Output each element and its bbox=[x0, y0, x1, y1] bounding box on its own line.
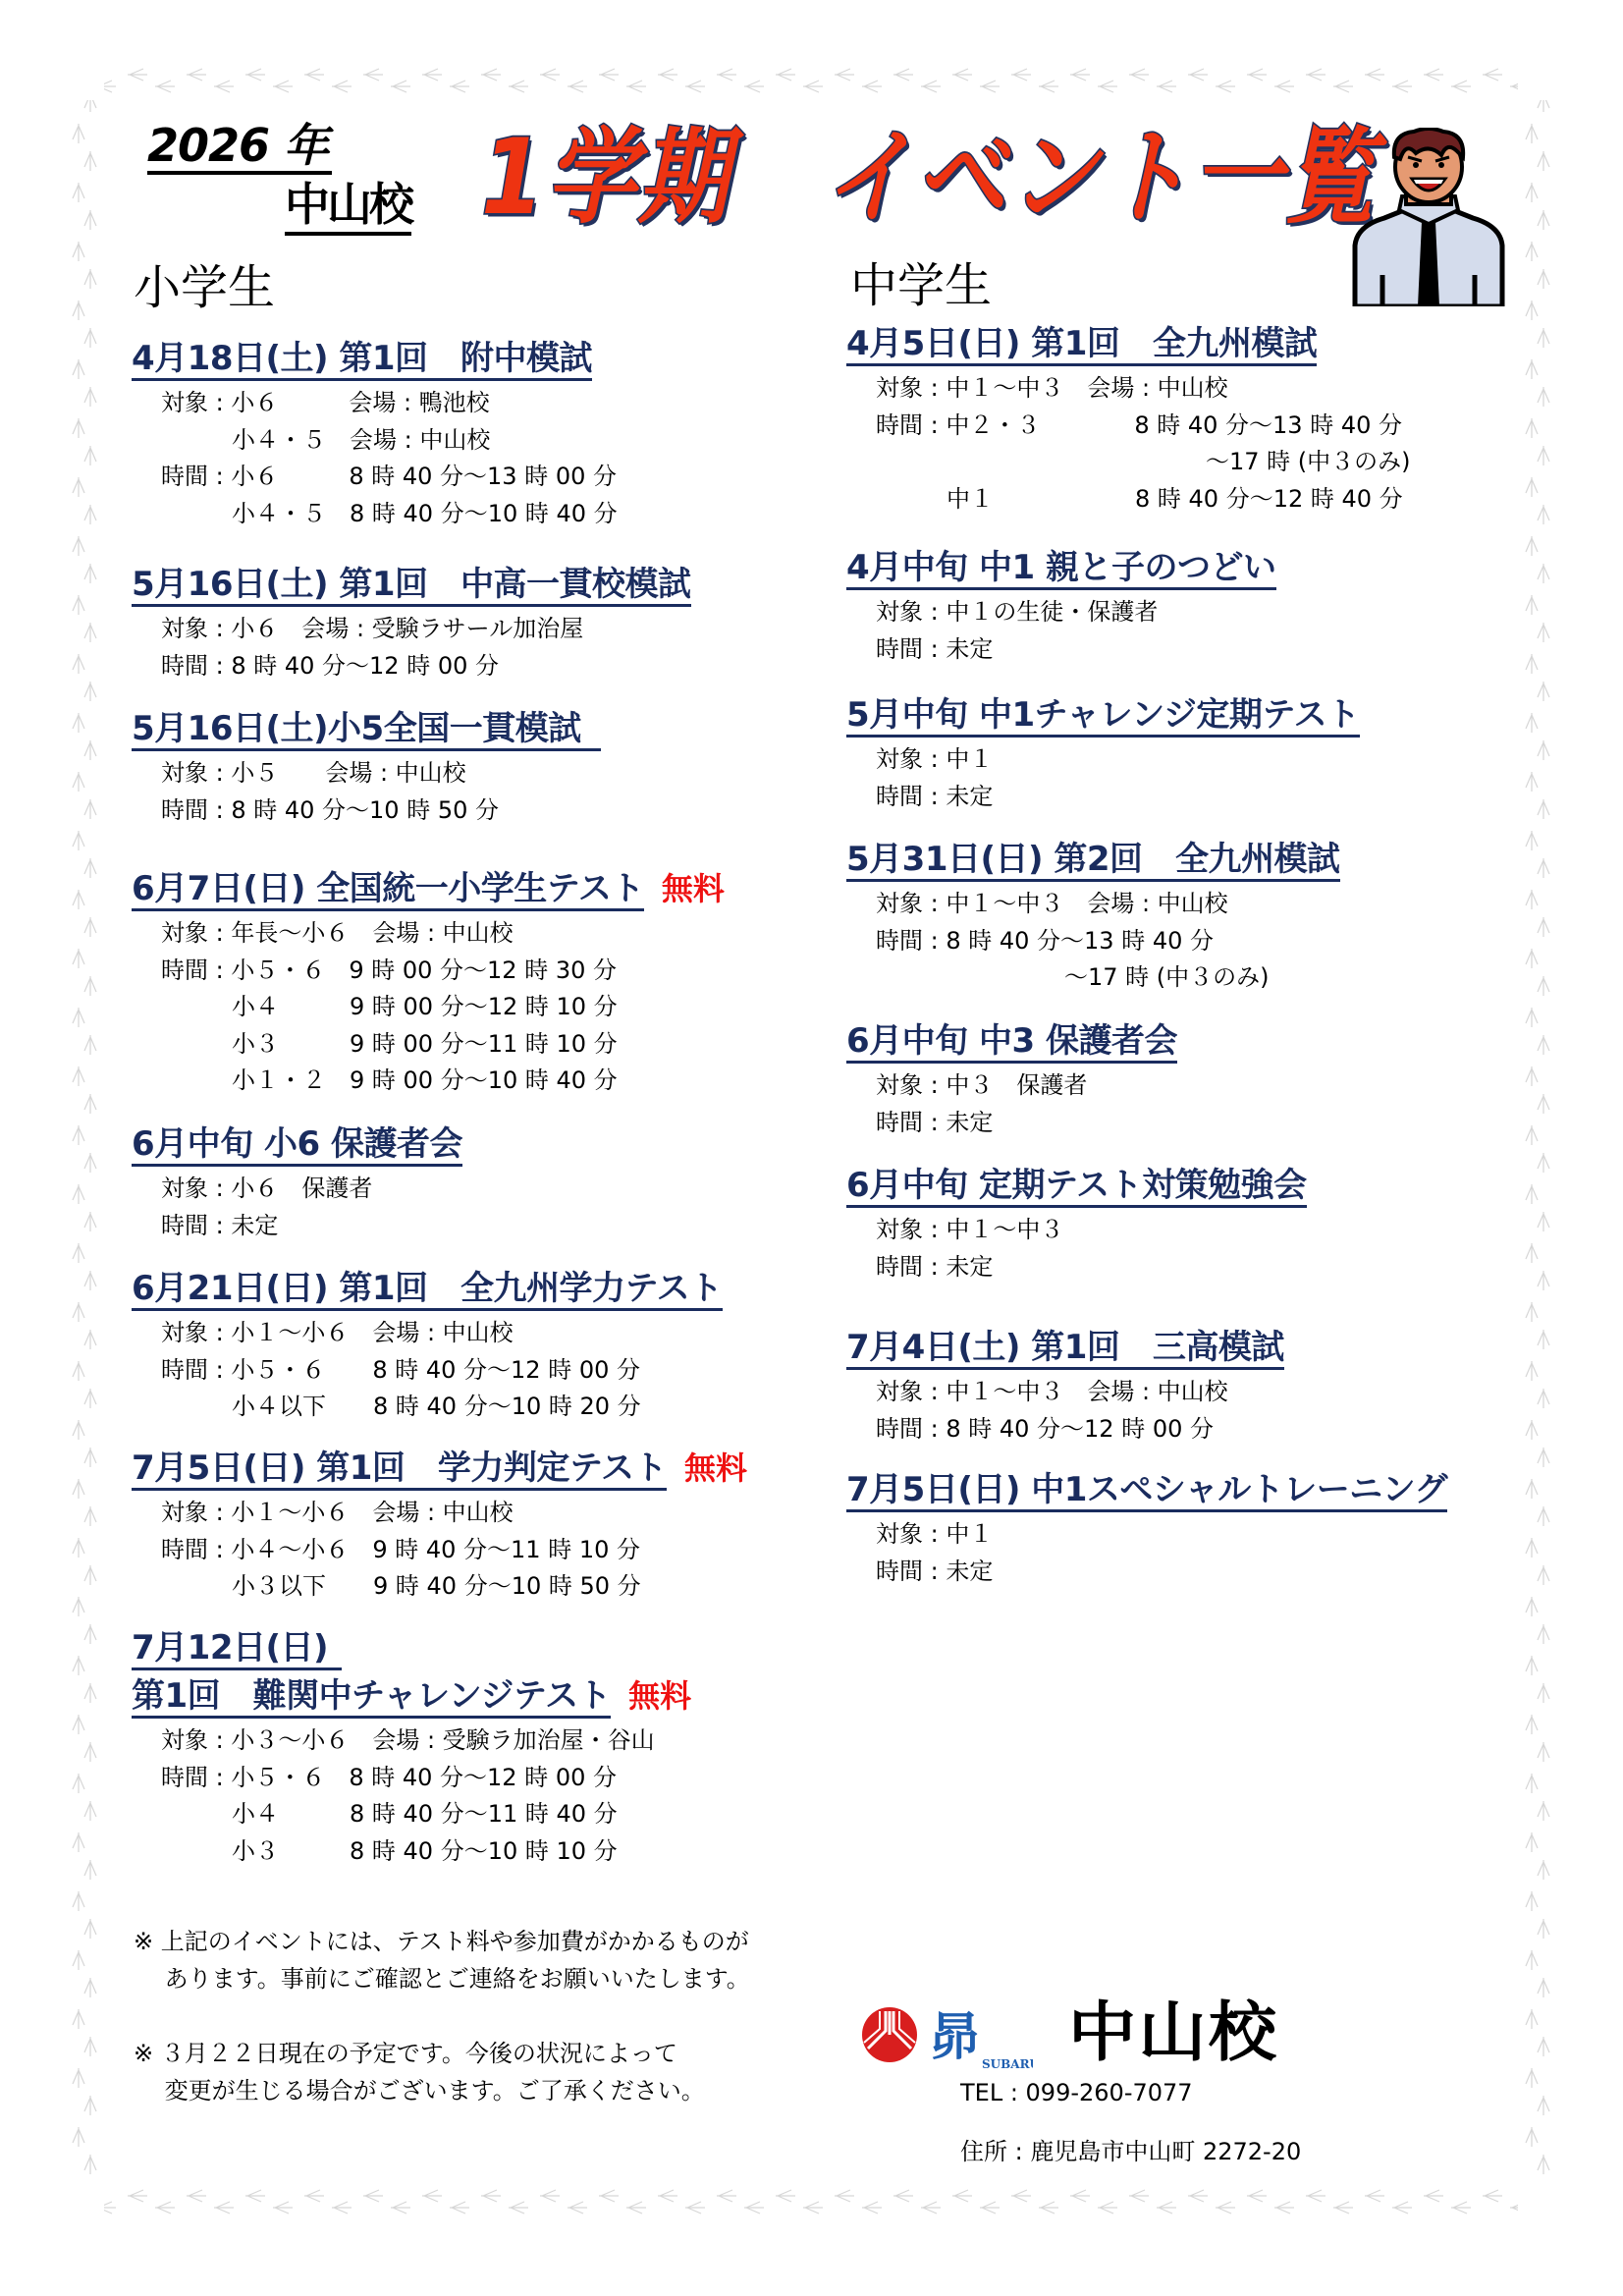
event-title: 4月5日(日) 第1回 全九州模試 bbox=[846, 324, 1317, 366]
footnote-line: 変更が生じる場合がございます。ご了承ください。 bbox=[134, 2072, 750, 2109]
event-line: 対象 : 中１ bbox=[876, 1516, 1447, 1554]
subaru-kanji: 昴 bbox=[929, 2007, 980, 2067]
svg-text:SUBARU: SUBARU bbox=[982, 2057, 1033, 2071]
event-line: 時間 : 8 時 40 分～13 時 40 分 bbox=[876, 923, 1340, 960]
event-line: 対象 : 中１～中３ bbox=[876, 1212, 1307, 1249]
footnote-line: ※ ３月２２日現在の予定です。今後の状況によって bbox=[134, 2035, 750, 2072]
red-circle-logo-icon bbox=[860, 2005, 919, 2064]
event-title: 7月4日(土) 第1回 三高模試 bbox=[846, 1328, 1284, 1370]
footnote-line: あります。事前にご確認とご連絡をお願いいたします。 bbox=[134, 1960, 750, 1997]
event-title: 5月16日(土) 第1回 中高一貫校模試 bbox=[132, 565, 691, 607]
event-line: 小３ 9 時 00 分～11 時 10 分 bbox=[161, 1026, 725, 1064]
footnotes: ※ 上記のイベントには、テスト料や参加費がかかるものが あります。事前にご確認と… bbox=[134, 1923, 750, 2147]
event-title: 5月16日(土)小5全国一貫模試 bbox=[132, 709, 601, 751]
event-mid-2: 4月中旬 中1 親と子のつどい 対象 : 中１の生徒・保護者 時間 : 未定 bbox=[846, 548, 1276, 668]
event-line: 時間 : 8 時 40 分～12 時 00 分 bbox=[161, 648, 691, 685]
event-line: 小４ 9 時 00 分～12 時 10 分 bbox=[161, 989, 725, 1026]
event-title: 6月7日(日) 全国統一小学生テスト bbox=[132, 869, 644, 911]
teacher-mascot-illustration bbox=[1345, 128, 1512, 306]
event-line: 時間 : 小６ 8 時 40 分～13 時 00 分 bbox=[161, 459, 618, 496]
event-line: 時間 : 未定 bbox=[876, 1554, 1447, 1591]
event-line: 時間 : 小５・６ 9 時 00 分～12 時 30 分 bbox=[161, 953, 725, 990]
footnote: ※ 上記のイベントには、テスト料や参加費がかかるものが あります。事前にご確認と… bbox=[134, 1923, 750, 1997]
event-flyer: 2026 年 中山校 1学期 イベント一覧 bbox=[0, 0, 1623, 2296]
header-school: 中山校 bbox=[285, 177, 411, 236]
event-line: 対象 : 小１～小６ 会場 : 中山校 bbox=[161, 1315, 723, 1352]
event-line: 対象 : 小５ 会場 : 中山校 bbox=[161, 755, 601, 793]
event-line: 小４・５ 8 時 40 分～10 時 40 分 bbox=[161, 496, 618, 533]
header-year-school: 2026 年 中山校 bbox=[147, 120, 442, 238]
event-line: 中１ 8 時 40 分～12 時 40 分 bbox=[876, 481, 1411, 519]
section-heading-junior-high: 中学生 bbox=[850, 258, 992, 313]
event-elem-1: 4月18日(土) 第1回 附中模試 対象 : 小６ 会場 : 鴨池校 小４・５ … bbox=[132, 339, 618, 532]
event-mid-8: 7月5日(日) 中1スペシャルトレーニング 対象 : 中１ 時間 : 未定 bbox=[846, 1470, 1447, 1590]
event-title: 4月中旬 中1 親と子のつどい bbox=[846, 548, 1276, 590]
event-title: 5月中旬 中1チャレンジ定期テスト bbox=[846, 695, 1360, 738]
event-elem-4: 6月7日(日) 全国統一小学生テスト無料 対象 : 年長～小６ 会場 : 中山校… bbox=[132, 869, 725, 1100]
section-heading-elementary: 小学生 bbox=[134, 260, 275, 315]
event-line: 時間 : 8 時 40 分～12 時 00 分 bbox=[876, 1411, 1284, 1449]
footnote-line: ※ 上記のイベントには、テスト料や参加費がかかるものが bbox=[134, 1923, 750, 1960]
event-line: 対象 : 中１～中３ 会場 : 中山校 bbox=[876, 1374, 1284, 1411]
event-line: 対象 : 中３ 保護者 bbox=[876, 1067, 1177, 1105]
event-line: 対象 : 中１ bbox=[876, 741, 1360, 779]
event-elem-2: 5月16日(土) 第1回 中高一貫校模試 対象 : 小６ 会場 : 受験ラサール… bbox=[132, 565, 691, 684]
event-line: 時間 : 小５・６ 8 時 40 分～12 時 00 分 bbox=[161, 1352, 723, 1390]
event-line: 対象 : 小６ 保護者 bbox=[161, 1171, 462, 1208]
footnote: ※ ３月２２日現在の予定です。今後の状況によって 変更が生じる場合がございます。… bbox=[134, 2035, 750, 2109]
event-title: 5月31日(日) 第2回 全九州模試 bbox=[846, 840, 1340, 882]
event-mid-3: 5月中旬 中1チャレンジ定期テスト 対象 : 中１ 時間 : 未定 bbox=[846, 695, 1360, 815]
logo-school-name: 中山校 bbox=[1068, 1994, 1278, 2072]
event-line: 時間 : 8 時 40 分～10 時 50 分 bbox=[161, 793, 601, 830]
event-line: 時間 : 小５・６ 8 時 40 分～12 時 00 分 bbox=[161, 1760, 691, 1797]
free-badge: 無料 bbox=[628, 1676, 691, 1716]
event-elem-8: 7月12日(日) 第1回 難関中チャレンジテスト無料 対象 : 小３～小６ 会場… bbox=[132, 1628, 691, 1870]
event-title: 6月中旬 定期テスト対策勉強会 bbox=[846, 1166, 1307, 1208]
event-line: 時間 : 未定 bbox=[876, 1105, 1177, 1142]
free-badge: 無料 bbox=[662, 869, 725, 908]
event-line: 時間 : 未定 bbox=[876, 779, 1360, 816]
address: 住所 : 鹿児島市中山町 2272-20 bbox=[960, 2137, 1301, 2166]
event-line: 小４ 8 時 40 分～11 時 40 分 bbox=[161, 1796, 691, 1833]
event-line: 小３ 8 時 40 分～10 時 10 分 bbox=[161, 1833, 691, 1871]
event-title: 6月中旬 小6 保護者会 bbox=[132, 1124, 462, 1167]
event-line: 時間 : 未定 bbox=[876, 1249, 1307, 1286]
event-mid-7: 7月4日(土) 第1回 三高模試 対象 : 中１～中３ 会場 : 中山校 時間 … bbox=[846, 1328, 1284, 1448]
event-elem-7: 7月5日(日) 第1回 学力判定テスト無料 対象 : 小１～小６ 会場 : 中山… bbox=[132, 1449, 747, 1606]
event-line: 時間 : 小４～小６ 9 時 40 分～11 時 10 分 bbox=[161, 1532, 747, 1569]
phone-number: TEL : 099-260-7077 bbox=[960, 2078, 1193, 2107]
event-elem-5: 6月中旬 小6 保護者会 対象 : 小６ 保護者 時間 : 未定 bbox=[132, 1124, 462, 1244]
event-line: 小１・２ 9 時 00 分～10 時 40 分 bbox=[161, 1063, 725, 1100]
event-subtitle: 第1回 難関中チャレンジテスト bbox=[132, 1676, 611, 1719]
event-line: 小３以下 9 時 40 分～10 時 50 分 bbox=[161, 1568, 747, 1606]
event-mid-4: 5月31日(日) 第2回 全九州模試 対象 : 中１～中３ 会場 : 中山校 時… bbox=[846, 840, 1340, 997]
event-line: ～17 時 (中３のみ) bbox=[876, 959, 1340, 997]
event-mid-1: 4月5日(日) 第1回 全九州模試 対象 : 中１～中３ 会場 : 中山校 時間… bbox=[846, 324, 1411, 518]
event-title: 4月18日(土) 第1回 附中模試 bbox=[132, 339, 592, 381]
event-line: 時間 : 未定 bbox=[876, 631, 1276, 669]
event-line: 対象 : 小６ 会場 : 鴨池校 bbox=[161, 385, 618, 422]
event-title: 7月5日(日) 第1回 学力判定テスト bbox=[132, 1449, 667, 1491]
page-title: 1学期 イベント一覧 bbox=[481, 116, 1377, 241]
event-elem-6: 6月21日(日) 第1回 全九州学力テスト 対象 : 小１～小６ 会場 : 中山… bbox=[132, 1269, 723, 1426]
subaru-brand-icon: 昴 SUBARU bbox=[925, 2003, 1033, 2072]
event-title: 7月12日(日) bbox=[132, 1628, 342, 1670]
event-line: 対象 : 中１～中３ 会場 : 中山校 bbox=[876, 370, 1411, 408]
event-title: 7月5日(日) 中1スペシャルトレーニング bbox=[846, 1470, 1447, 1512]
event-elem-3: 5月16日(土)小5全国一貫模試 対象 : 小５ 会場 : 中山校 時間 : 8… bbox=[132, 709, 601, 829]
event-line: 小４以下 8 時 40 分～10 時 20 分 bbox=[161, 1389, 723, 1426]
event-line: ～17 時 (中３のみ) bbox=[876, 444, 1411, 481]
header-year: 2026 年 bbox=[147, 120, 332, 175]
event-line: 時間 : 未定 bbox=[161, 1208, 462, 1245]
free-badge: 無料 bbox=[684, 1449, 747, 1488]
event-line: 対象 : 中１～中３ 会場 : 中山校 bbox=[876, 886, 1340, 923]
event-line: 小４・５ 会場 : 中山校 bbox=[161, 422, 618, 460]
event-title: 6月中旬 中3 保護者会 bbox=[846, 1021, 1177, 1064]
event-line: 対象 : 小１～小６ 会場 : 中山校 bbox=[161, 1495, 747, 1532]
event-title: 6月21日(日) 第1回 全九州学力テスト bbox=[132, 1269, 723, 1311]
event-line: 時間 : 中２・３ 8 時 40 分～13 時 40 分 bbox=[876, 408, 1411, 445]
school-logo: 昴 SUBARU 中山校 bbox=[854, 1994, 1306, 2082]
event-line: 対象 : 年長～小６ 会場 : 中山校 bbox=[161, 915, 725, 953]
event-mid-5: 6月中旬 中3 保護者会 対象 : 中３ 保護者 時間 : 未定 bbox=[846, 1021, 1177, 1141]
event-line: 対象 : 小３～小６ 会場 : 受験ラ加治屋・谷山 bbox=[161, 1722, 691, 1760]
event-mid-6: 6月中旬 定期テスト対策勉強会 対象 : 中１～中３ 時間 : 未定 bbox=[846, 1166, 1307, 1285]
event-line: 対象 : 小６ 会場 : 受験ラサール加治屋 bbox=[161, 611, 691, 648]
event-line: 対象 : 中１の生徒・保護者 bbox=[876, 594, 1276, 631]
